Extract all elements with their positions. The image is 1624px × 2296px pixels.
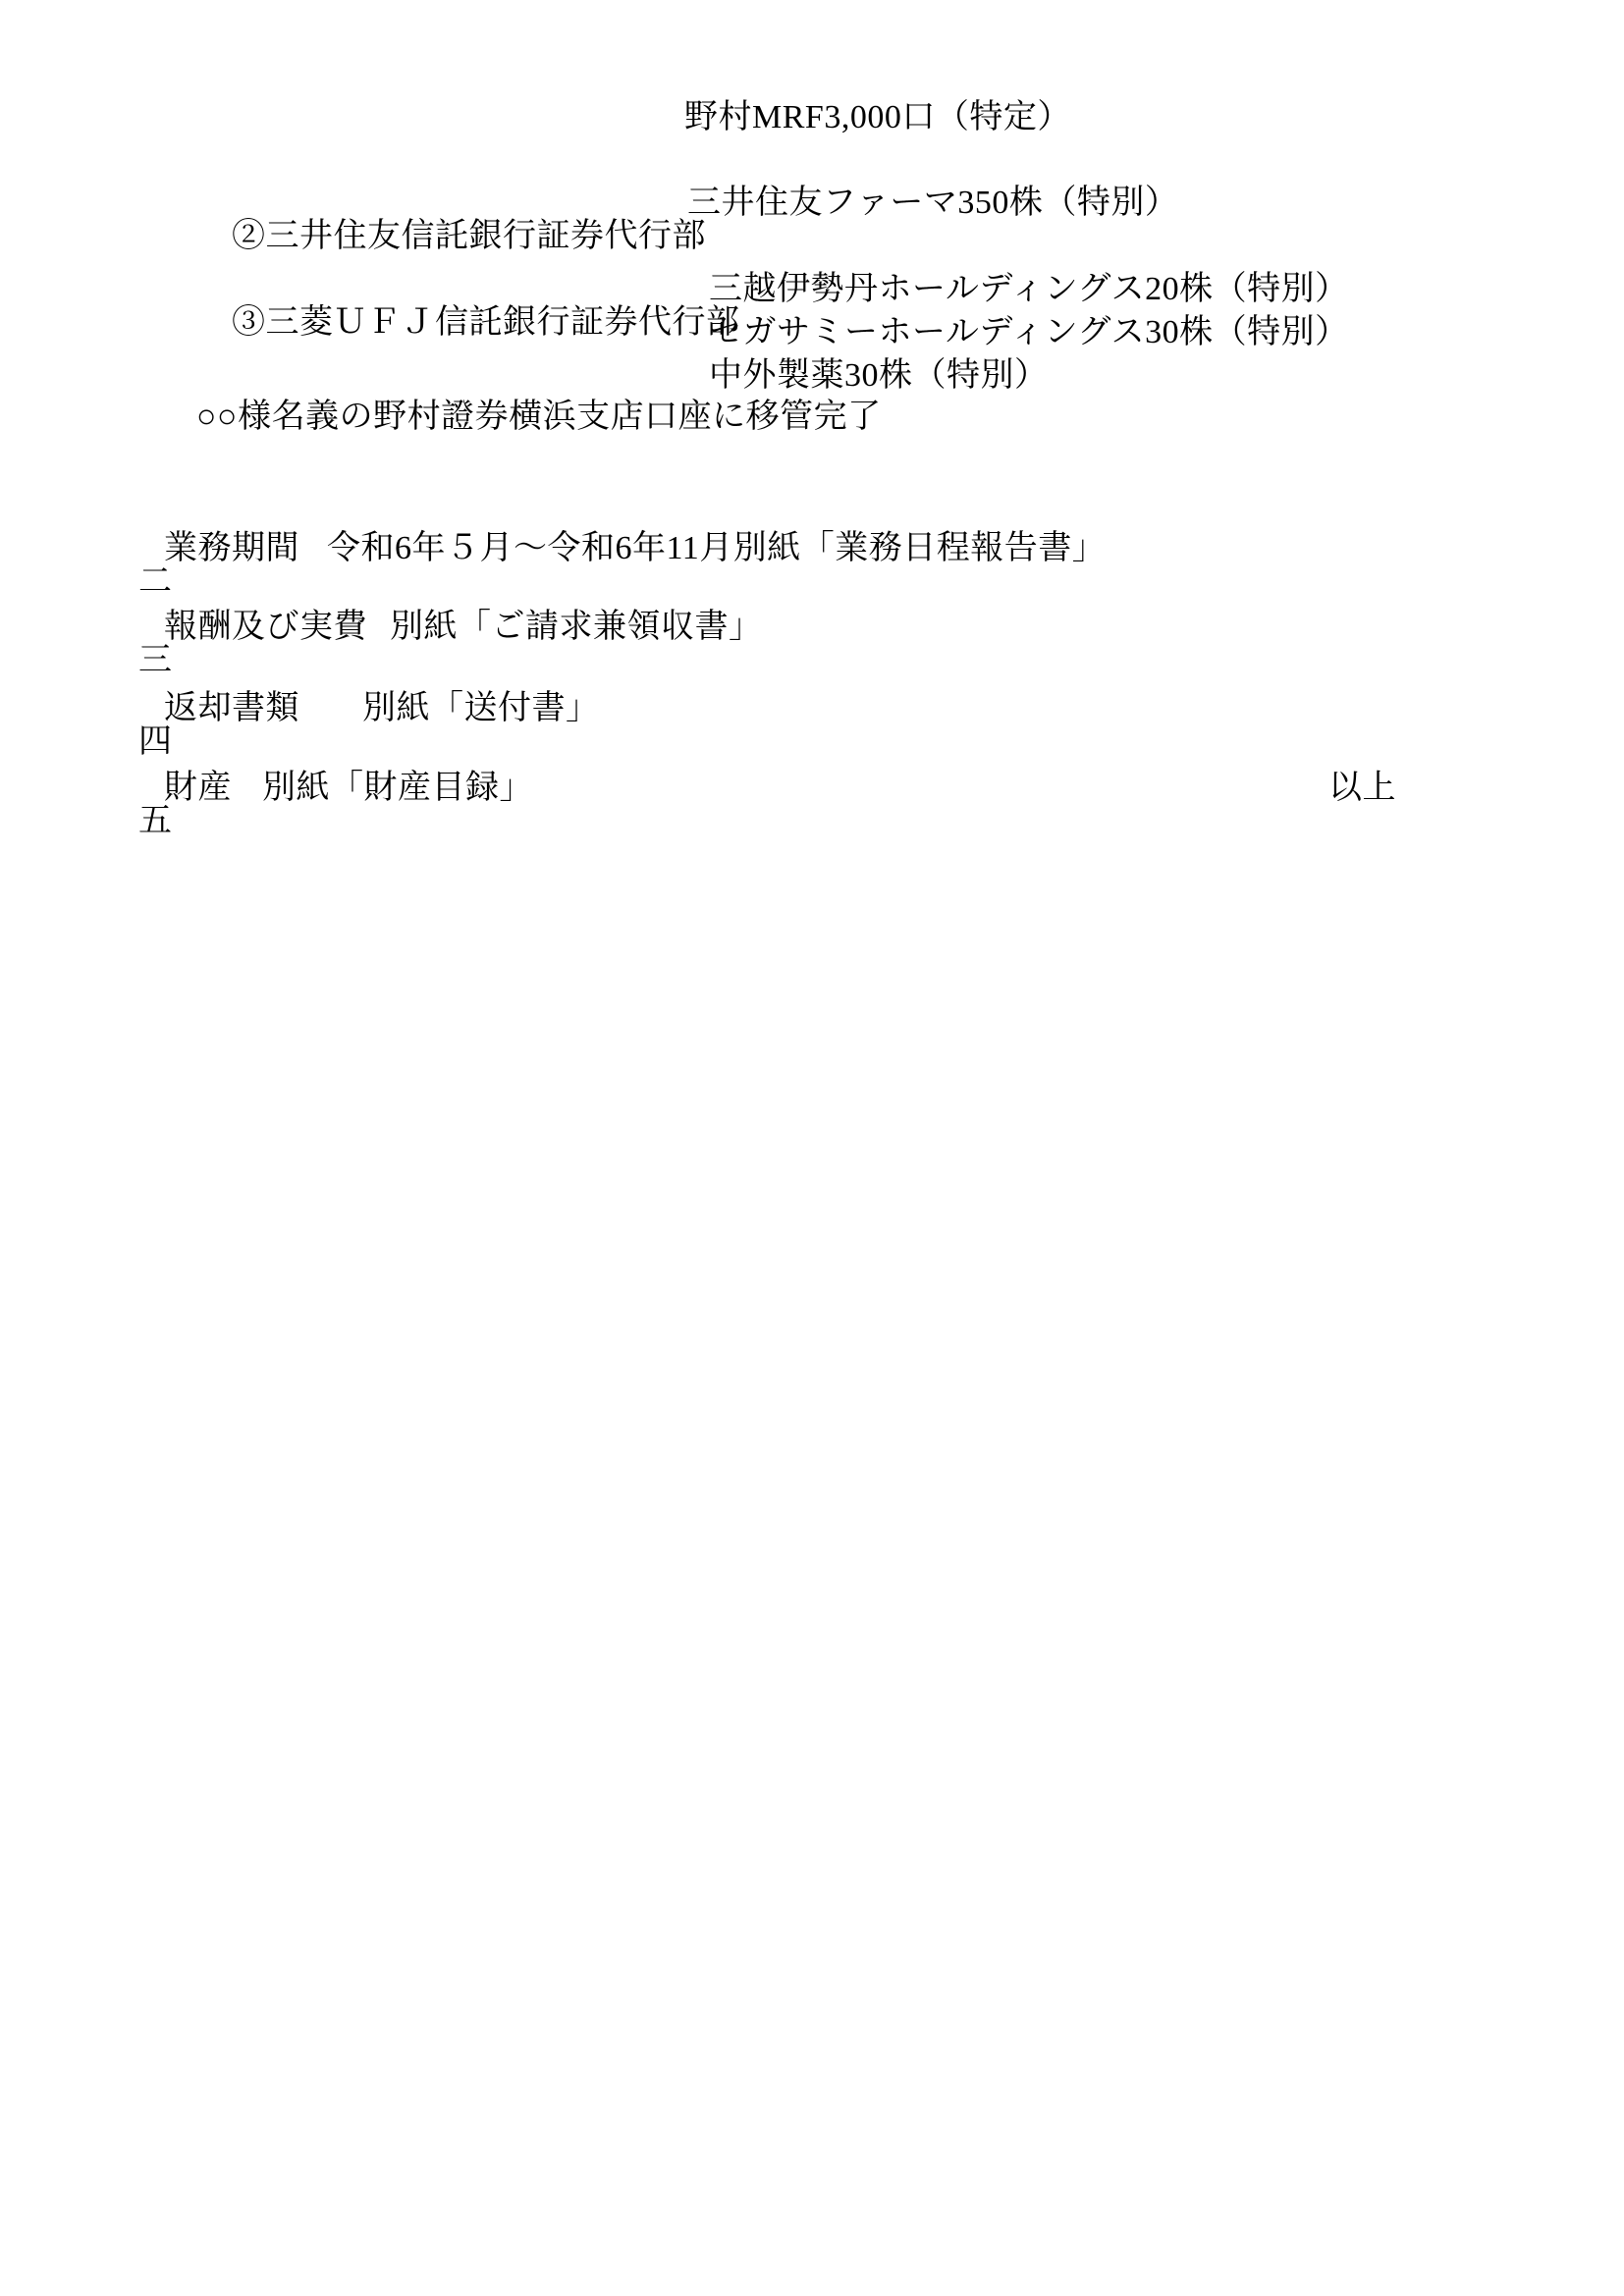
item-title: 財産 (164, 772, 232, 805)
item-detail: 別紙「ご請求兼領収書」 (390, 611, 763, 644)
item-title: 業務期間 (164, 532, 299, 565)
agent3-holding-2: セガサミーホールディングス30株（特別） (709, 316, 1349, 349)
agent2-label: ②三井住友信託銀行証券代行部 (232, 218, 706, 254)
agent3-row: ③三菱ＵＦＪ信託銀行証券代行部 三越伊勢丹ホールディングス20株（特別） (196, 273, 740, 406)
closing-ijou: 以上 (1328, 772, 1396, 805)
item-number: 三 (138, 644, 173, 677)
item-detail: 令和6年５月～令和6年11月別紙「業務日程報告書」 (327, 532, 1106, 565)
agent2-holding: 三井住友ファーマ350株（特別） (687, 187, 1178, 220)
agent3-label: ③三菱ＵＦＪ信託銀行証券代行部 (232, 304, 740, 341)
item-number: 五 (138, 805, 173, 838)
item-detail: 別紙「送付書」 (362, 692, 600, 725)
agent3-holding-3: 中外製薬30株（特別） (709, 359, 1049, 393)
document-page: 野村MRF3,000口（特定） ②三井住友信託銀行証券代行部 三井住友ファーマ3… (0, 0, 1624, 2296)
item-detail: 別紙「財産目録」 (262, 772, 533, 805)
transfer-completion-note: ○○様名義の野村證券横浜支店口座に移管完了 (196, 400, 882, 434)
item-number: 四 (138, 725, 173, 759)
agent3-holding-1: 三越伊勢丹ホールディングス20株（特別） (709, 273, 1349, 306)
item-title: 報酬及び実費 (164, 611, 367, 644)
item-number: 二 (138, 565, 173, 599)
item-row-5-zaisan: 五 財産 別紙「財産目録」 (103, 772, 1478, 938)
item-title: 返却書類 (164, 692, 299, 725)
holding-nomura-mrf: 野村MRF3,000口（特定） (684, 101, 1071, 134)
